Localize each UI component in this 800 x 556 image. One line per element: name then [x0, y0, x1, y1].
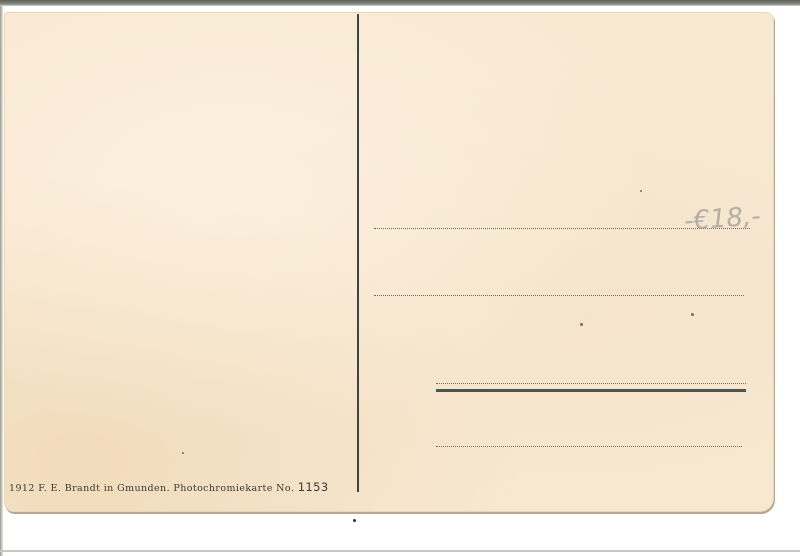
- address-line-2: [374, 295, 744, 296]
- publisher-imprint: 1912 F. E. Brandt in Gmunden. Photochrom…: [9, 480, 329, 494]
- postcard-back: 1912 F. E. Brandt in Gmunden. Photochrom…: [4, 12, 774, 512]
- card-number: 1153: [298, 480, 329, 494]
- imprint-text: 1912 F. E. Brandt in Gmunden. Photochrom…: [9, 483, 298, 494]
- scanner-edge-bottom: [0, 550, 800, 552]
- address-line-underline: [436, 389, 746, 392]
- paper-speck: [691, 313, 694, 316]
- paper-speck: [580, 323, 583, 326]
- paper-speck: [182, 452, 184, 454]
- address-line-4: [436, 446, 742, 447]
- pencil-price-note: -€18,-: [683, 201, 762, 236]
- scanner-edge-top: [0, 0, 800, 6]
- scan-speck: [353, 519, 356, 522]
- address-line-3: [436, 383, 746, 384]
- paper-speck: [640, 190, 642, 192]
- scanner-edge-left: [0, 6, 3, 556]
- center-divider-line: [357, 14, 359, 492]
